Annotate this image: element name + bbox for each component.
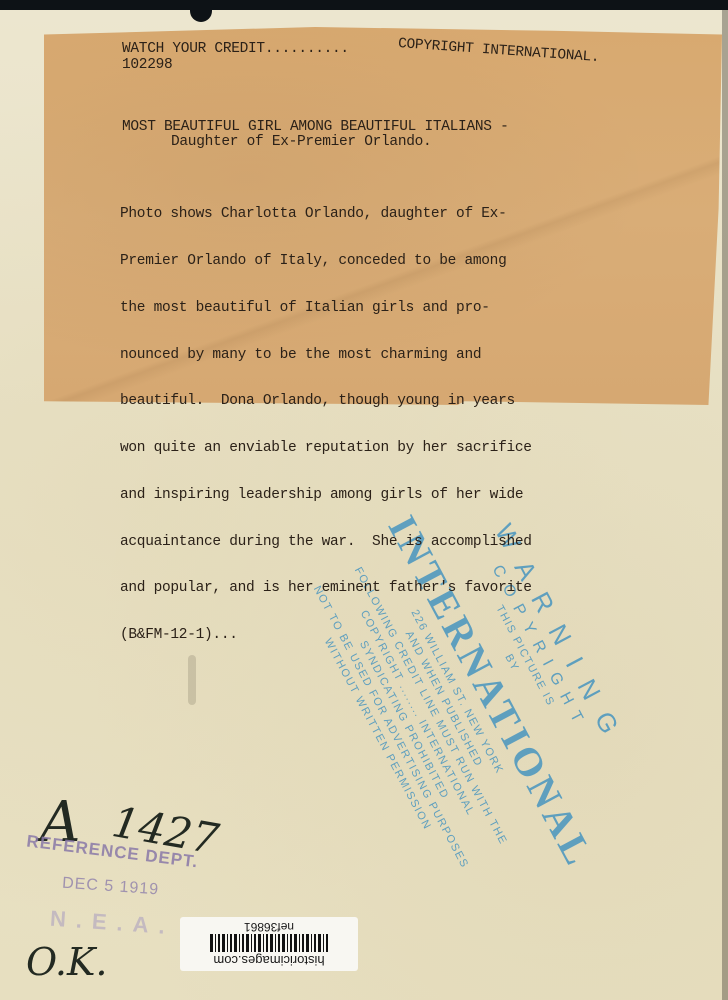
smudge-mark: [188, 655, 196, 705]
caption-line: nounced by many to be the most charming …: [120, 348, 532, 364]
credit-line: WATCH YOUR CREDIT..........: [122, 42, 349, 57]
barcode-bars: [210, 934, 328, 952]
caption-line: Premier Orlando of Italy, conceded to be…: [120, 254, 532, 270]
handwritten-approval: O.K.: [26, 940, 107, 984]
backing-edge: [722, 10, 728, 1000]
caption-line: the most beautiful of Italian girls and …: [120, 301, 532, 317]
caption-line: won quite an enviable reputation by her …: [120, 441, 532, 457]
caption-line: beautiful. Dona Orlando, though young in…: [120, 394, 532, 410]
caption-headline: MOST BEAUTIFUL GIRL AMONG BEAUTIFUL ITAL…: [122, 120, 508, 135]
caption-subhead: Daughter of Ex-Premier Orlando.: [171, 135, 431, 150]
barcode-site: historicimages.com: [180, 953, 358, 968]
caption-line: Photo shows Charlotta Orlando, daughter …: [120, 207, 532, 223]
barcode-label: historicimages.com nef36861: [180, 917, 358, 971]
caption-line: and inspiring leadership among girls of …: [120, 488, 532, 504]
barcode-id: nef36861: [180, 920, 358, 934]
caption-body: Photo shows Charlotta Orlando, daughter …: [120, 176, 532, 659]
caption-line: and popular, and is her eminent father's…: [120, 581, 532, 597]
photo-number: 102298: [122, 58, 172, 73]
caption-line: (B&FM-12-1)...: [120, 628, 532, 644]
tear-mark: [190, 0, 212, 22]
caption-line: acquaintance during the war. She is acco…: [120, 535, 532, 551]
